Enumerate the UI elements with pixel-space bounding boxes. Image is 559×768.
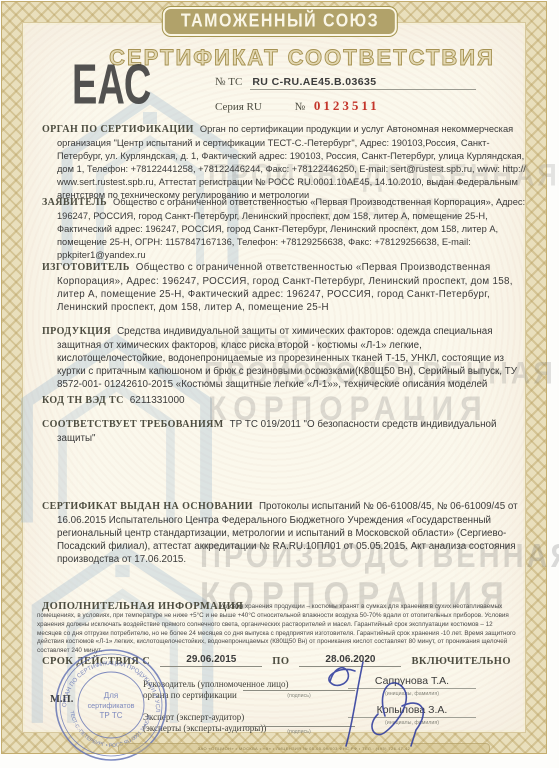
customs-union-banner: ТАМОЖЕННЫЙ СОЮЗ	[163, 7, 397, 36]
certificate-number-value: RU C-RU.AE45.B.03635	[250, 76, 476, 90]
section-applicant-text: Общество с ограниченной ответственностью…	[57, 197, 525, 260]
section-product-text: Средства индивидуальной защиты от химиче…	[57, 326, 517, 390]
section-applicant-label: ЗАЯВИТЕЛЬ	[42, 197, 107, 208]
handwritten-signatures	[235, 656, 465, 752]
section-manufacturer: ИЗГОТОВИТЕЛЬОбщество с ограниченной отве…	[42, 261, 531, 314]
section-additional-label: ДОПОЛНИТЕЛЬНАЯ ИНФОРМАЦИЯ	[42, 601, 243, 612]
certificate-page: ПРОИЗВОДСТВЕННАЯ КОРПОРАЦИЯ ПЕРВАЯ ПРОИЗ…	[0, 0, 559, 768]
stamp-center-line3: ТР ТС	[99, 711, 122, 720]
series-no-sign: №	[295, 101, 306, 113]
certificate-title: СЕРТИФИКАТ СООТВЕТСТВИЯ	[109, 45, 495, 71]
section-basis: СЕРТИФИКАТ ВЫДАН НА ОСНОВАНИИПротоколы и…	[42, 500, 531, 566]
stamp-center-line2: сертификатов	[88, 701, 135, 710]
section-certification-body: ОРГАН ПО СЕРТИФИКАЦИИОрган по сертификац…	[42, 123, 531, 202]
section-applicant: ЗАЯВИТЕЛЬОбщество с ограниченной ответст…	[42, 196, 531, 262]
section-complies: СООТВЕТСТВУЕТ ТРЕБОВАНИЯМТР ТС 019/2011 …	[42, 418, 531, 444]
section-manufacturer-label: ИЗГОТОВИТЕЛЬ	[42, 262, 130, 273]
customs-union-banner-text: ТАМОЖЕННЫЙ СОЮЗ	[181, 11, 379, 32]
section-tnved-code-value: 6211331000	[130, 395, 185, 406]
section-basis-label: СЕРТИФИКАТ ВЫДАН НА ОСНОВАНИИ	[42, 501, 253, 512]
stamp-center-line1: Для	[104, 691, 118, 700]
series-row: Серия RU № 0123511	[215, 98, 380, 114]
section-tnved-code-label: КОД ТН ВЭД ТС	[42, 395, 124, 406]
certificate-number-label: № ТС	[215, 76, 242, 88]
certificate-number-row: № ТСRU C-RU.AE45.B.03635	[215, 76, 476, 90]
section-product: ПРОДУКЦИЯСредства индивидуальной защиты …	[42, 325, 531, 391]
section-complies-label: СООТВЕТСТВУЕТ ТРЕБОВАНИЯМ	[42, 419, 224, 430]
section-product-label: ПРОДУКЦИЯ	[42, 326, 111, 337]
series-number: 0123511	[314, 98, 380, 113]
series-label: Серия RU	[215, 101, 262, 113]
eac-mark-logo: ЕАС	[72, 54, 151, 119]
section-certification-body-label: ОРГАН ПО СЕРТИФИКАЦИИ	[42, 124, 194, 135]
section-certification-body-text: Орган по сертификации продукции и услуг …	[57, 124, 526, 200]
section-tnved-code: КОД ТН ВЭД ТС6211331000	[42, 394, 531, 407]
